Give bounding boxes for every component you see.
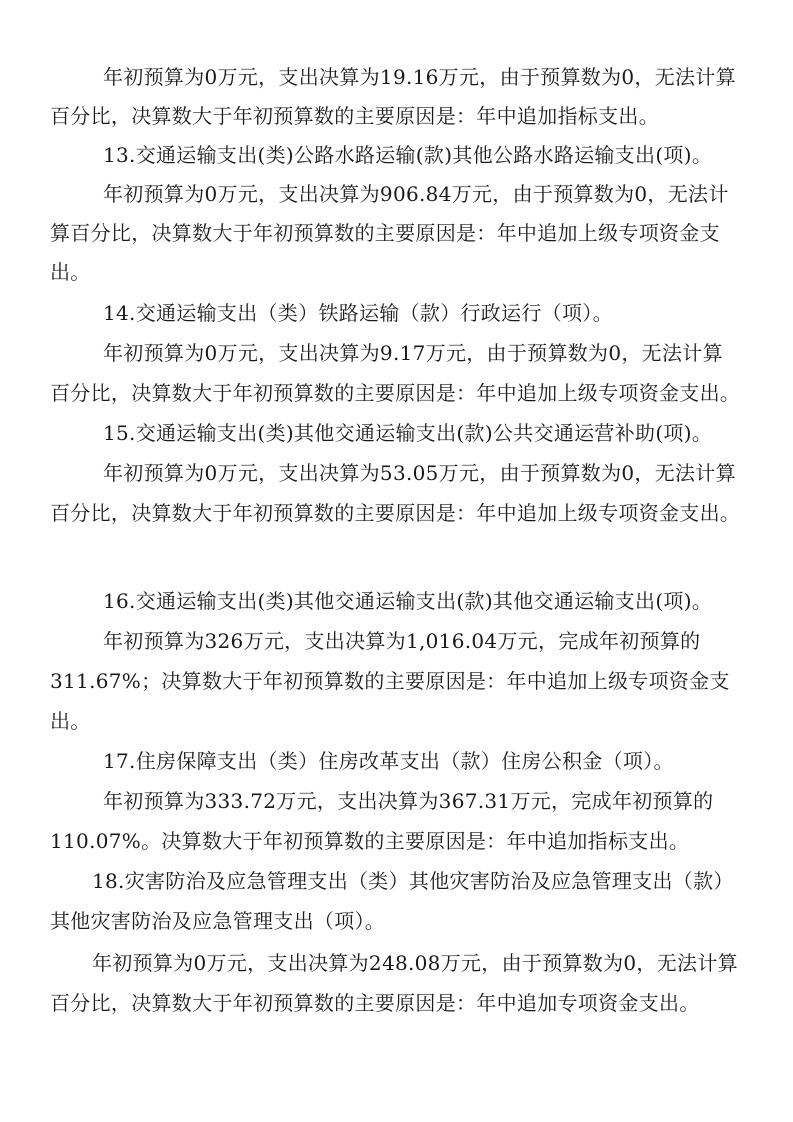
line-p12-body-1: 年初预算为0万元，支出决算为19.16万元，由于预算数为0，无法计算: [103, 64, 736, 90]
line-p17-body-1: 年初预算为333.72万元，支出决算为367.31万元，完成年初预算的: [103, 788, 713, 814]
line-p13-body-3: 出。: [50, 259, 91, 285]
heading-item-15: 15.交通运输支出(类)其他交通运输支出(款)公共交通运营补助(项)。: [103, 420, 712, 446]
heading-item-16: 16.交通运输支出(类)其他交通运输支出(款)其他交通运输支出(项)。: [103, 588, 712, 614]
line-p16-body-3: 出。: [50, 708, 91, 734]
line-p17-body-2: 110.07%。决算数大于年初预算数的主要原因是：年中追加指标支出。: [50, 828, 689, 854]
heading-item-18-line-2: 其他灾害防治及应急管理支出（项）。: [50, 908, 385, 934]
line-p14-body-2: 百分比，决算数大于年初预算数的主要原因是：年中追加上级专项资金支出。: [50, 380, 740, 406]
document-page: 年初预算为0万元，支出决算为19.16万元，由于预算数为0，无法计算 百分比，决…: [0, 0, 793, 1122]
heading-item-13: 13.交通运输支出(类)公路水路运输(款)其他公路水路运输支出(项)。: [103, 142, 712, 168]
line-p15-body-2: 百分比，决算数大于年初预算数的主要原因是：年中追加上级专项资金支出。: [50, 500, 740, 526]
line-p18-body-1: 年初预算为0万元，支出决算为248.08万元，由于预算数为0，无法计算: [92, 950, 738, 976]
line-p14-body-1: 年初预算为0万元，支出决算为9.17万元，由于预算数为0，无法计算: [103, 340, 723, 366]
heading-item-14: 14.交通运输支出（类）铁路运输（款）行政运行（项）。: [103, 300, 613, 326]
line-p16-body-2: 311.67%；决算数大于年初预算数的主要原因是：年中追加上级专项资金支: [50, 668, 730, 694]
heading-item-18-line-1: 18.灾害防治及应急管理支出（类）其他灾害防治及应急管理支出（款）: [92, 868, 734, 894]
line-p12-body-2: 百分比，决算数大于年初预算数的主要原因是：年中追加指标支出。: [50, 103, 659, 129]
line-p15-body-1: 年初预算为0万元，支出决算为53.05万元，由于预算数为0，无法计算: [103, 460, 736, 486]
line-p13-body-1: 年初预算为0万元，支出决算为906.84万元，由于预算数为0，无法计: [103, 181, 729, 207]
line-p16-body-1: 年初预算为326万元，支出决算为1,016.04万元，完成年初预算的: [103, 628, 700, 654]
line-p13-body-2: 算百分比，决算数大于年初预算数的主要原因是：年中追加上级专项资金支: [50, 220, 720, 246]
heading-item-17: 17.住房保障支出（类）住房改革支出（款）住房公积金（项）。: [103, 748, 674, 774]
line-p18-body-2: 百分比，决算数大于年初预算数的主要原因是：年中追加专项资金支出。: [50, 990, 700, 1016]
